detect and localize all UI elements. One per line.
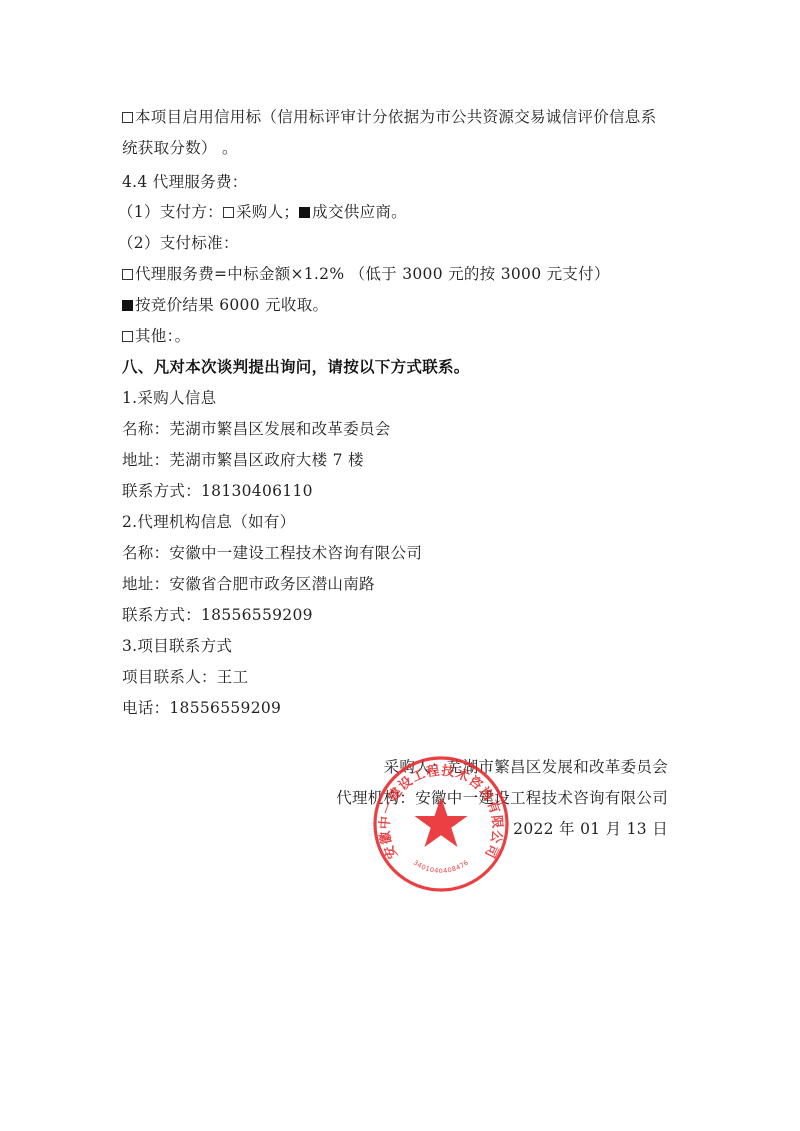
credit-bid-line-1: 本项目启用信用标（信用标评审计分依据为市公共资源交易诚信评价信息系 <box>122 107 656 127</box>
checked-box-icon <box>299 207 310 218</box>
purchaser-heading: 1.采购人信息 <box>122 388 216 408</box>
purchaser-name: 名称：芜湖市繁昌区发展和改革委员会 <box>122 419 391 439</box>
signature-purchaser: 采购人：芜湖市繁昌区发展和改革委员会 <box>384 757 668 777</box>
checked-box-icon <box>122 300 133 311</box>
payer-prefix: （1）支付方： <box>118 203 223 221</box>
standard-option-fixed-text: 按竞价结果 6000 元收取。 <box>135 296 328 314</box>
unchecked-box-icon <box>223 207 234 218</box>
standard-option-percent-text: 代理服务费=中标金额×1.2% （低于 3000 元的按 3000 元支付） <box>135 265 610 283</box>
credit-bid-text-1: 本项目启用信用标（信用标评审计分依据为市公共资源交易诚信评价信息系 <box>135 108 656 126</box>
project-contact-person: 项目联系人：王工 <box>122 667 248 687</box>
agency-contact: 联系方式：18556559209 <box>122 605 313 625</box>
svg-text:3401040408476: 3401040408476 <box>412 858 471 874</box>
standard-option-other: 其他：。 <box>122 326 190 346</box>
standard-heading: （2）支付标准： <box>118 233 239 253</box>
credit-bid-text-2: 统获取分数） 。 <box>122 138 238 158</box>
standard-option-other-text: 其他：。 <box>135 327 190 345</box>
project-contact-heading: 3.项目联系方式 <box>122 636 232 656</box>
unchecked-box-icon <box>122 269 133 280</box>
svg-text:安徽中一建设工程技术咨询有限公司: 安徽中一建设工程技术咨询有限公司 <box>377 762 505 861</box>
purchaser-contact: 联系方式：18130406110 <box>122 481 313 501</box>
document-page: 本项目启用信用标（信用标评审计分依据为市公共资源交易诚信评价信息系 统获取分数）… <box>0 0 800 1131</box>
standard-option-percent: 代理服务费=中标金额×1.2% （低于 3000 元的按 3000 元支付） <box>122 264 610 284</box>
project-contact-phone: 电话：18556559209 <box>122 698 281 718</box>
payer-line: （1）支付方：采购人；成交供应商。 <box>118 202 407 222</box>
agency-name: 名称：安徽中一建设工程技术咨询有限公司 <box>122 543 422 563</box>
payer-option-supplier: 成交供应商。 <box>312 203 407 221</box>
payer-option-purchaser: 采购人； <box>236 203 299 221</box>
signature-agency: 代理机构：安徽中一建设工程技术咨询有限公司 <box>336 788 668 808</box>
signature-date: 2022 年 01 月 13 日 <box>513 819 668 839</box>
agency-heading: 2.代理机构信息（如有） <box>122 512 295 532</box>
unchecked-box-icon <box>122 112 133 123</box>
contact-section-title: 八、凡对本次谈判提出询问，请按以下方式联系。 <box>122 357 470 377</box>
unchecked-box-icon <box>122 331 133 342</box>
agency-address: 地址：安徽省合肥市政务区潜山南路 <box>122 574 375 594</box>
purchaser-address: 地址：芜湖市繁昌区政府大楼 7 楼 <box>122 450 364 470</box>
agency-fee-heading: 4.4 代理服务费： <box>122 172 248 192</box>
standard-option-fixed: 按竞价结果 6000 元收取。 <box>122 295 328 315</box>
